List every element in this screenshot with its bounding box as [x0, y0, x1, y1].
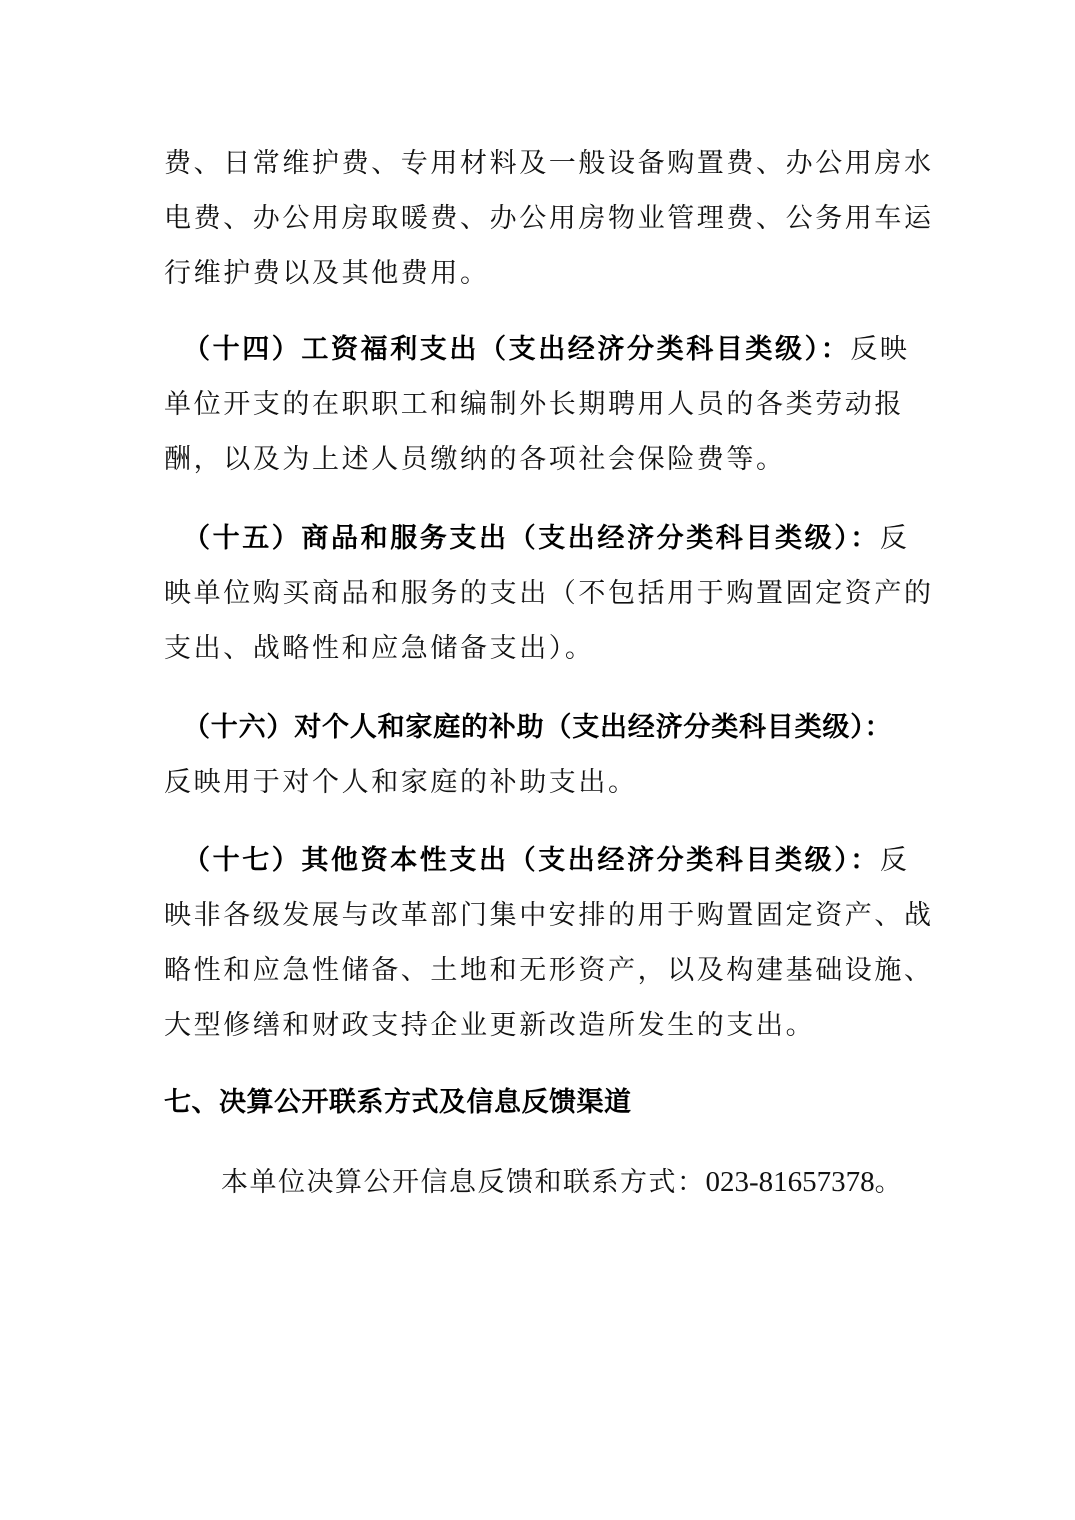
contact-phone: 023-81657378 [706, 1166, 875, 1198]
paragraph-line: 酬，以及为上述人员缴纳的各项社会保险费等。 [164, 442, 909, 478]
item-title-line: （十七）其他资本性支出（支出经济分类科目类级）：反 [183, 843, 913, 879]
item-title: （十六）对个人和家庭的补助（支出经济分类科目类级）： [183, 712, 892, 743]
document-page: 费、日常维护费、专用材料及一般设备购置费、办公用房水 电费、办公用房取暖费、办公… [0, 0, 1075, 1520]
paragraph-line: 电费、办公用房取暖费、办公用房物业管理费、公务用车运 [164, 201, 909, 237]
item-title: （十四）工资福利支出（支出经济分类科目类级）： [183, 334, 850, 365]
paragraph-line: 行维护费以及其他费用。 [164, 256, 909, 292]
item-title: （十七）其他资本性支出（支出经济分类科目类级）： [183, 845, 880, 876]
section-heading: 七、决算公开联系方式及信息反馈渠道 [164, 1085, 632, 1121]
paragraph-line: 反映用于对个人和家庭的补助支出。 [164, 765, 909, 801]
item-title-line: （十四）工资福利支出（支出经济分类科目类级）：反映 [183, 332, 913, 368]
contact-label: 本单位决算公开信息反馈和联系方式： [221, 1167, 706, 1198]
item-title: （十五）商品和服务支出（支出经济分类科目类级）： [183, 523, 880, 554]
item-title-line: （十五）商品和服务支出（支出经济分类科目类级）：反 [183, 521, 913, 557]
paragraph-line: 映非各级发展与改革部门集中安排的用于购置固定资产、战 [164, 898, 909, 934]
paragraph-line: 大型修缮和财政支持企业更新改造所发生的支出。 [164, 1008, 909, 1044]
item-title-rest: 反 [880, 523, 910, 554]
paragraph-line: 支出、战略性和应急储备支出）。 [164, 631, 909, 667]
item-title-rest: 反 [880, 845, 910, 876]
contact-end: 。 [875, 1167, 904, 1198]
paragraph-line: 略性和应急性储备、土地和无形资产，以及构建基础设施、 [164, 953, 909, 989]
item-title-line: （十六）对个人和家庭的补助（支出经济分类科目类级）： [183, 710, 913, 746]
contact-line: 本单位决算公开信息反馈和联系方式：023-81657378。 [221, 1164, 903, 1200]
paragraph-line: 单位开支的在职职工和编制外长期聘用人员的各类劳动报 [164, 387, 909, 423]
paragraph-line: 映单位购买商品和服务的支出（不包括用于购置固定资产的 [164, 576, 909, 612]
paragraph-line: 费、日常维护费、专用材料及一般设备购置费、办公用房水 [164, 146, 909, 182]
item-title-rest: 反映 [850, 334, 909, 365]
